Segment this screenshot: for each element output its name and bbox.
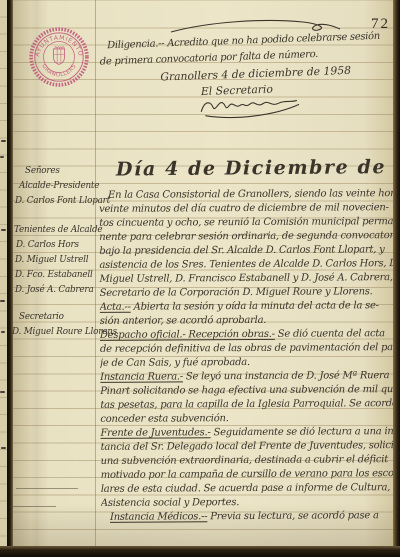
book-right-edge xyxy=(393,0,400,557)
entry-text: motivado por la campaña de cursillo de v… xyxy=(101,468,397,481)
entry-text: lares de esta ciudad. Se acuerda pase a … xyxy=(101,482,390,495)
margin-rule-line xyxy=(95,0,96,547)
entry-text: Seguidamente se dió lectura a una ins- xyxy=(211,426,398,438)
page-edge-mark xyxy=(1,140,6,142)
entry-text: bajo la presidencia del Sr. Alcalde D. C… xyxy=(99,244,384,257)
margin-entry: D. Fco. Estabanell xyxy=(15,270,93,280)
svg-text:GRANOLLERS: GRANOLLERS xyxy=(40,63,78,78)
entry-text: tancia del Sr. Delegado local del Frente… xyxy=(101,440,399,453)
entry-text: nente para celebrar sesión ordinaria, de… xyxy=(99,230,398,243)
entry-lead: Instancia Ruera.- xyxy=(100,371,183,383)
minutes-line: tas pesetas, para la capilla de la Igles… xyxy=(100,397,397,413)
stamp-top-text: AYUNTAMIENTO xyxy=(34,34,84,57)
session-date-heading: Día 4 de Diciembre de 1958 xyxy=(116,156,400,181)
margin-entry: D. Carlos Font Llopart xyxy=(15,196,110,206)
entry-lead: Despacho oficial.- Recepción obras.- xyxy=(100,329,275,341)
entry-text: asistencia de los Sres. Tenientes de Alc… xyxy=(99,258,398,271)
municipal-seal-icon: AYUNTAMIENTO GRANOLLERS xyxy=(28,26,90,88)
entry-text: Se dió cuenta del acta xyxy=(275,328,385,340)
margin-entry: D. José A. Cabrera xyxy=(15,285,93,295)
entry-text: Asistencia social y Deportes. xyxy=(101,497,239,509)
margin-entry: Señores xyxy=(25,166,60,176)
entry-text: veinte minutos del día cuatro de diciemb… xyxy=(99,202,389,215)
entry-text: En la Casa Consistorial de Granollers, s… xyxy=(108,188,398,201)
margin-mark xyxy=(16,488,78,489)
svg-text:AYUNTAMIENTO: AYUNTAMIENTO xyxy=(34,34,84,57)
minutes-body: En la Casa Consistorial de Granollers, s… xyxy=(99,187,398,525)
entry-lead: Frente de Juventudes.- xyxy=(100,427,210,439)
secretary-signature xyxy=(195,88,311,122)
entry-text: Secretario de la Corporación D. Miguel R… xyxy=(100,286,373,299)
page-edge-mark xyxy=(1,331,5,333)
entry-text: sión anterior, se acordó aprobarla. xyxy=(100,315,267,327)
margin-entry: Secretario xyxy=(19,312,64,322)
page-edge-mark xyxy=(1,447,6,449)
entry-lead: Acta.-- xyxy=(100,302,131,313)
minutes-line: de recepción definitiva de las obras de … xyxy=(100,341,397,357)
page-edge-mark xyxy=(0,300,5,302)
margin-entry: D. Carlos Hors xyxy=(16,240,79,250)
minutes-line: lares de esta ciudad. Se acuerda pase a … xyxy=(101,481,398,497)
book-bottom-edge xyxy=(0,546,400,557)
entry-text: Miguel Ustrell, D. Francisco Estabanell … xyxy=(99,272,398,285)
entry-text: Se leyó una instancia de D. José Mª Ruer… xyxy=(183,370,389,382)
margin-entry: D. Miguel Ustrell xyxy=(15,255,88,265)
entry-text: de recepción definitiva de las obras de … xyxy=(100,342,398,355)
entry-text: tas pesetas, para la capilla de la Igles… xyxy=(100,398,397,411)
entry-text: je de Can Sais, y fué aprobada. xyxy=(100,357,250,369)
stamp-bottom-text: GRANOLLERS xyxy=(40,63,78,78)
entry-text: tos cincuenta y ocho, se reunió la Comis… xyxy=(99,216,396,229)
margin-entry: Tenientes de Alcalde xyxy=(14,225,102,235)
minutes-line: Instancia Médicos.-- Previa su lectura, … xyxy=(101,509,398,525)
entry-text: Previa su lectura, se acordó pase a xyxy=(207,510,378,522)
entry-text: conceder esta subvención. xyxy=(100,413,228,425)
minutes-book-scan: AYUNTAMIENTO GRANOLLERS 72 Diligencia.--… xyxy=(0,0,400,557)
entry-text: una subvención extraordinaria, destinada… xyxy=(101,454,388,467)
entry-text: Pinart solicitando se haga efectiva una … xyxy=(100,384,398,397)
entry-lead: Instancia Médicos.-- xyxy=(110,511,207,523)
entry-text: Abierta la sesión y oída la minuta del a… xyxy=(131,300,379,313)
page-edge-mark xyxy=(0,391,5,393)
margin-mark xyxy=(10,506,56,507)
minutes-line: Acta.-- Abierta la sesión y oída la minu… xyxy=(100,299,397,315)
margin-entry: Alcalde-Presidente xyxy=(19,181,99,191)
page-edge-mark xyxy=(0,156,4,158)
page-edge-mark xyxy=(1,229,6,231)
